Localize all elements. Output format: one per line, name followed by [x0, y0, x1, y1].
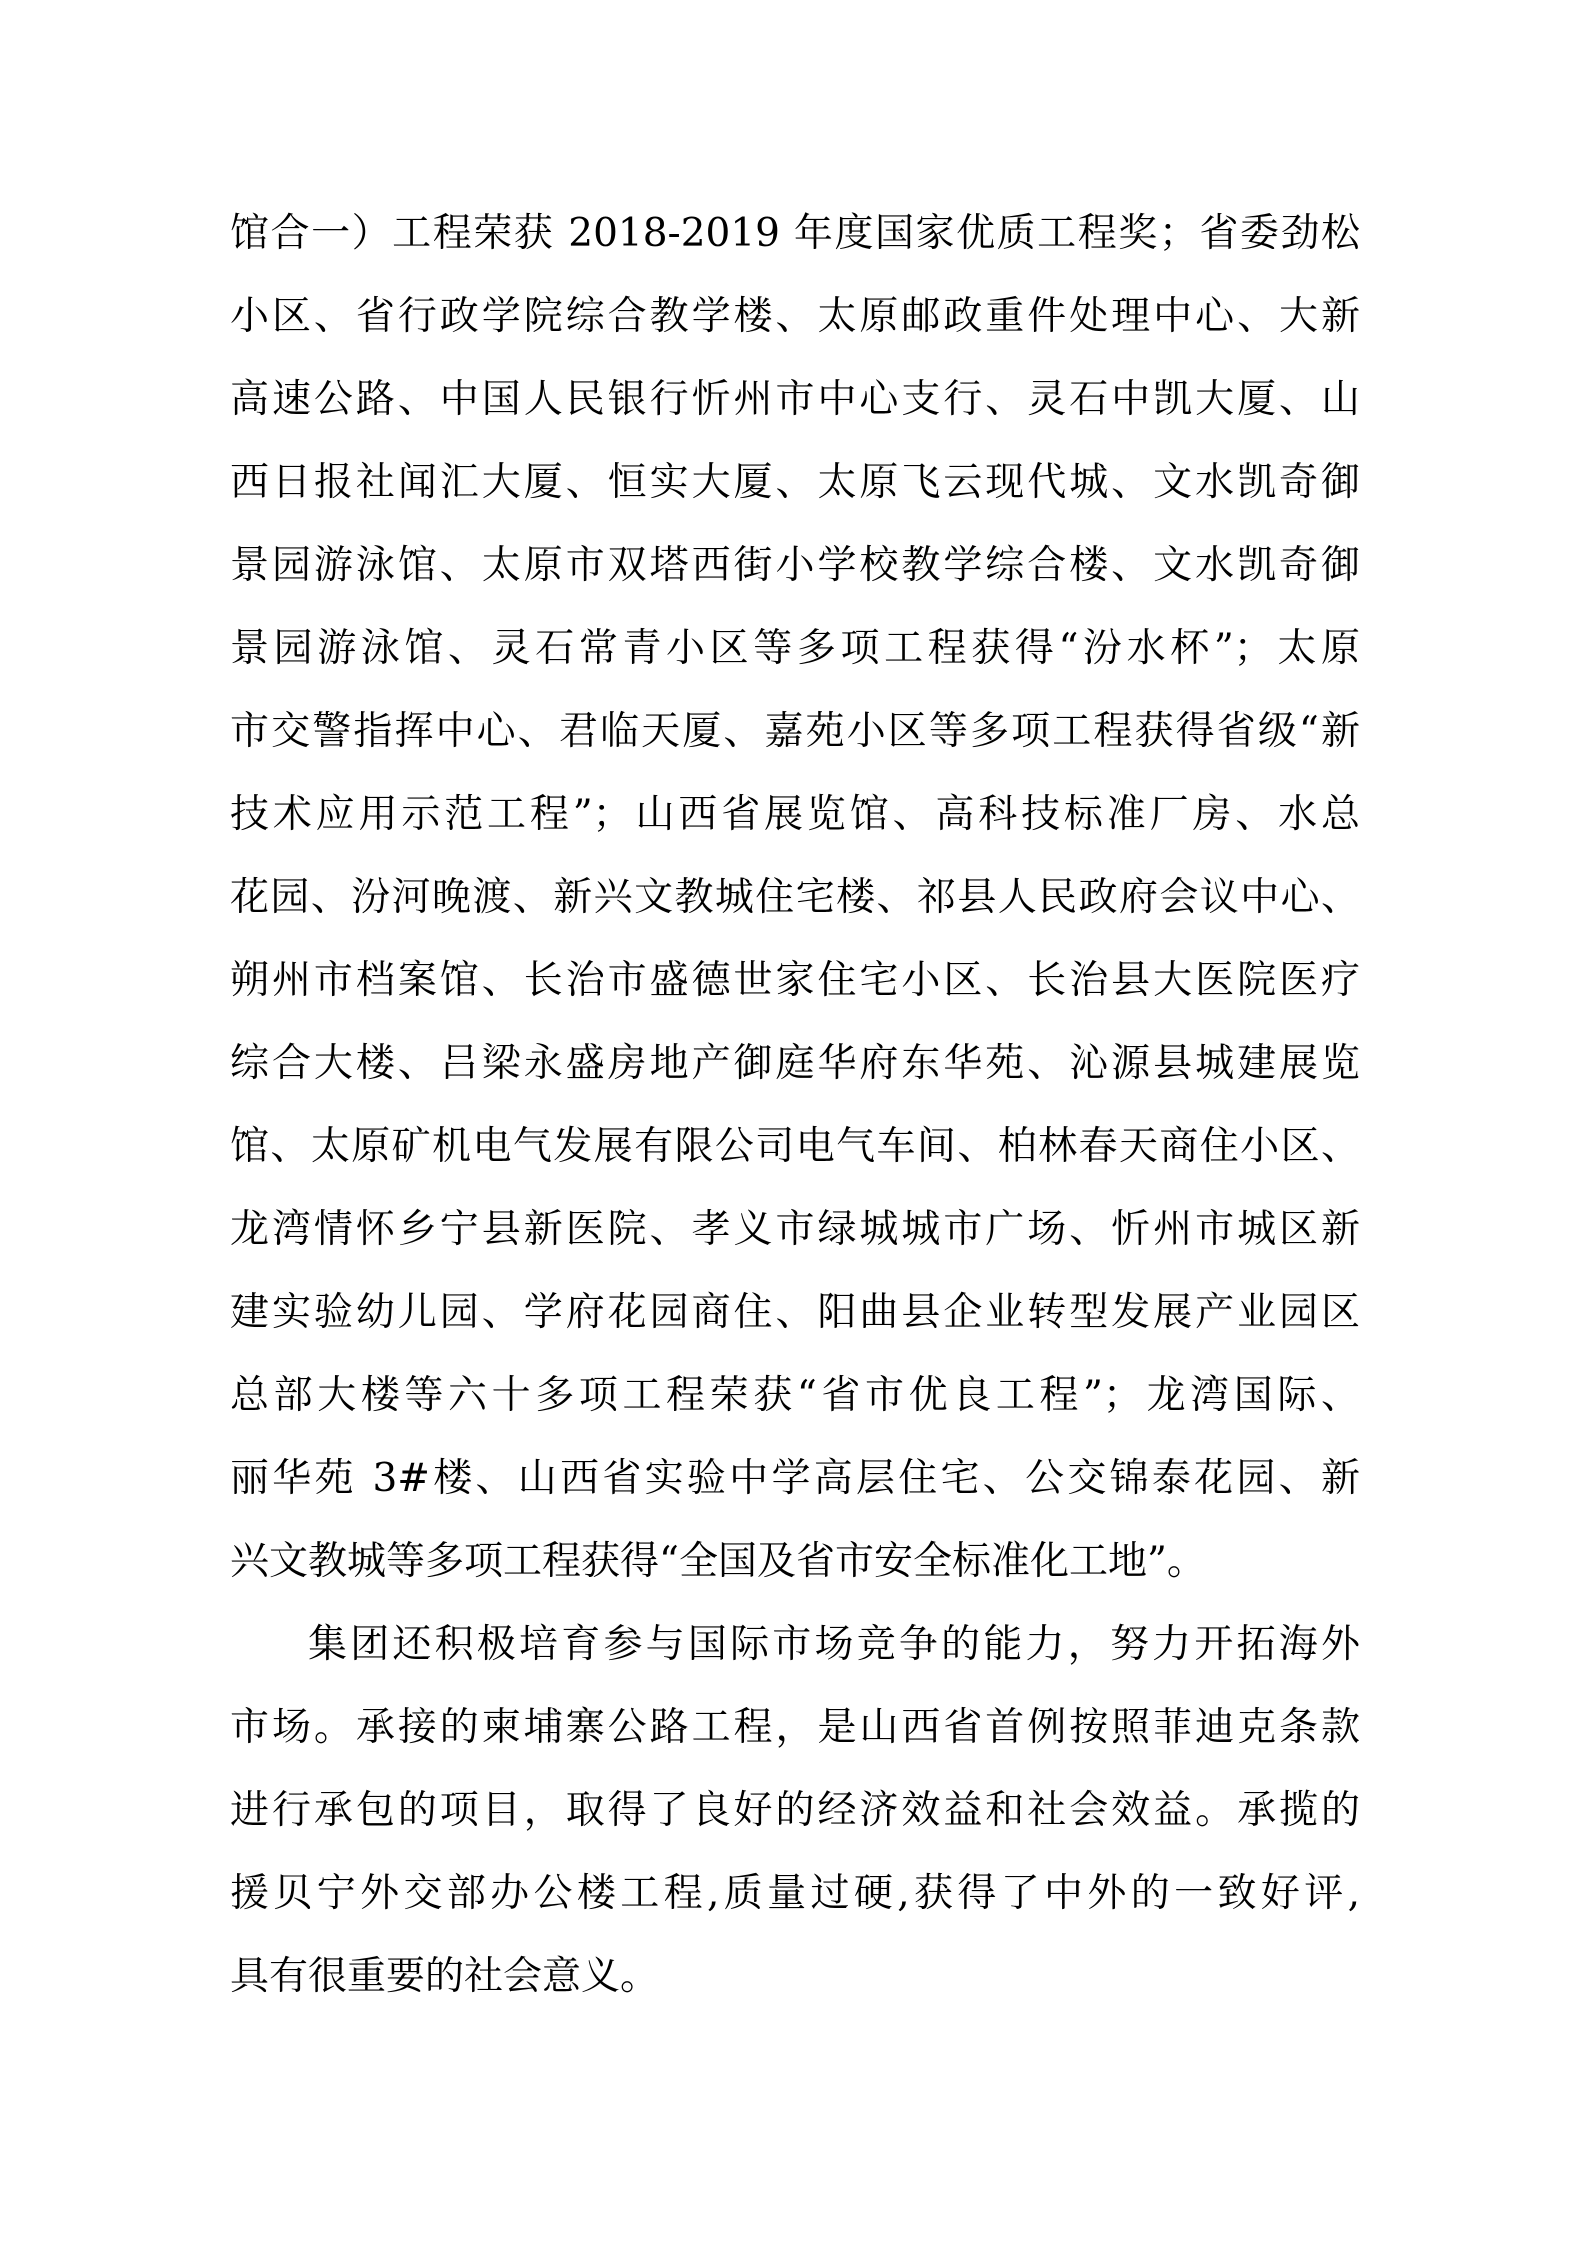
text-line: 丽华苑 3#楼、山西省实验中学高层住宅、公交锦泰花园、新: [230, 1437, 1360, 1520]
document-page: 馆合一）工程荣获 2018-2019 年度国家优质工程奖；省委劲松 小区、省行政…: [0, 0, 1587, 2245]
text-line: 高速公路、中国人民银行忻州市中心支行、灵石中凯大厦、山: [230, 358, 1360, 441]
text-line: 西日报社闻汇大厦、恒实大厦、太原飞云现代城、文水凯奇御: [230, 441, 1360, 524]
text-line: 馆合一）工程荣获 2018-2019 年度国家优质工程奖；省委劲松: [230, 192, 1360, 275]
text-line: 龙湾情怀乡宁县新医院、孝义市绿城城市广场、忻州市城区新: [230, 1188, 1360, 1271]
text-line: 进行承包的项目，取得了良好的经济效益和社会效益。承揽的: [230, 1769, 1360, 1852]
text-line: 援贝宁外交部办公楼工程,质量过硬,获得了中外的一致好评,: [230, 1852, 1360, 1935]
text-line: 总部大楼等六十多项工程荣获“省市优良工程”；龙湾国际、: [230, 1354, 1360, 1437]
text-line: 综合大楼、吕梁永盛房地产御庭华府东华苑、沁源县城建展览: [230, 1022, 1360, 1105]
text-line: 市交警指挥中心、君临天厦、嘉苑小区等多项工程获得省级“新: [230, 690, 1360, 773]
text-line: 市场。承接的柬埔寨公路工程，是山西省首例按照菲迪克条款: [230, 1686, 1360, 1769]
text-line paragraph-end: 兴文教城等多项工程获得“全国及省市安全标准化工地”。: [230, 1520, 1360, 1603]
text-block: 馆合一）工程荣获 2018-2019 年度国家优质工程奖；省委劲松 小区、省行政…: [230, 192, 1360, 2018]
text-line: 景园游泳馆、灵石常青小区等多项工程获得“汾水杯”；太原: [230, 607, 1360, 690]
text-line: 朔州市档案馆、长治市盛德世家住宅小区、长治县大医院医疗: [230, 939, 1360, 1022]
text-line: 景园游泳馆、太原市双塔西街小学校教学综合楼、文水凯奇御: [230, 524, 1360, 607]
text-line paragraph-start: 集团还积极培育参与国际市场竞争的能力，努力开拓海外: [230, 1603, 1360, 1686]
text-line: 技术应用示范工程”；山西省展览馆、高科技标准厂房、水总: [230, 773, 1360, 856]
text-line: 花园、汾河晚渡、新兴文教城住宅楼、祁县人民政府会议中心、: [230, 856, 1360, 939]
text-line: 建实验幼儿园、学府花园商住、阳曲县企业转型发展产业园区: [230, 1271, 1360, 1354]
text-line paragraph-end: 具有很重要的社会意义。: [230, 1935, 1360, 2018]
text-line: 小区、省行政学院综合教学楼、太原邮政重件处理中心、大新: [230, 275, 1360, 358]
text-line: 馆、太原矿机电气发展有限公司电气车间、柏林春天商住小区、: [230, 1105, 1360, 1188]
